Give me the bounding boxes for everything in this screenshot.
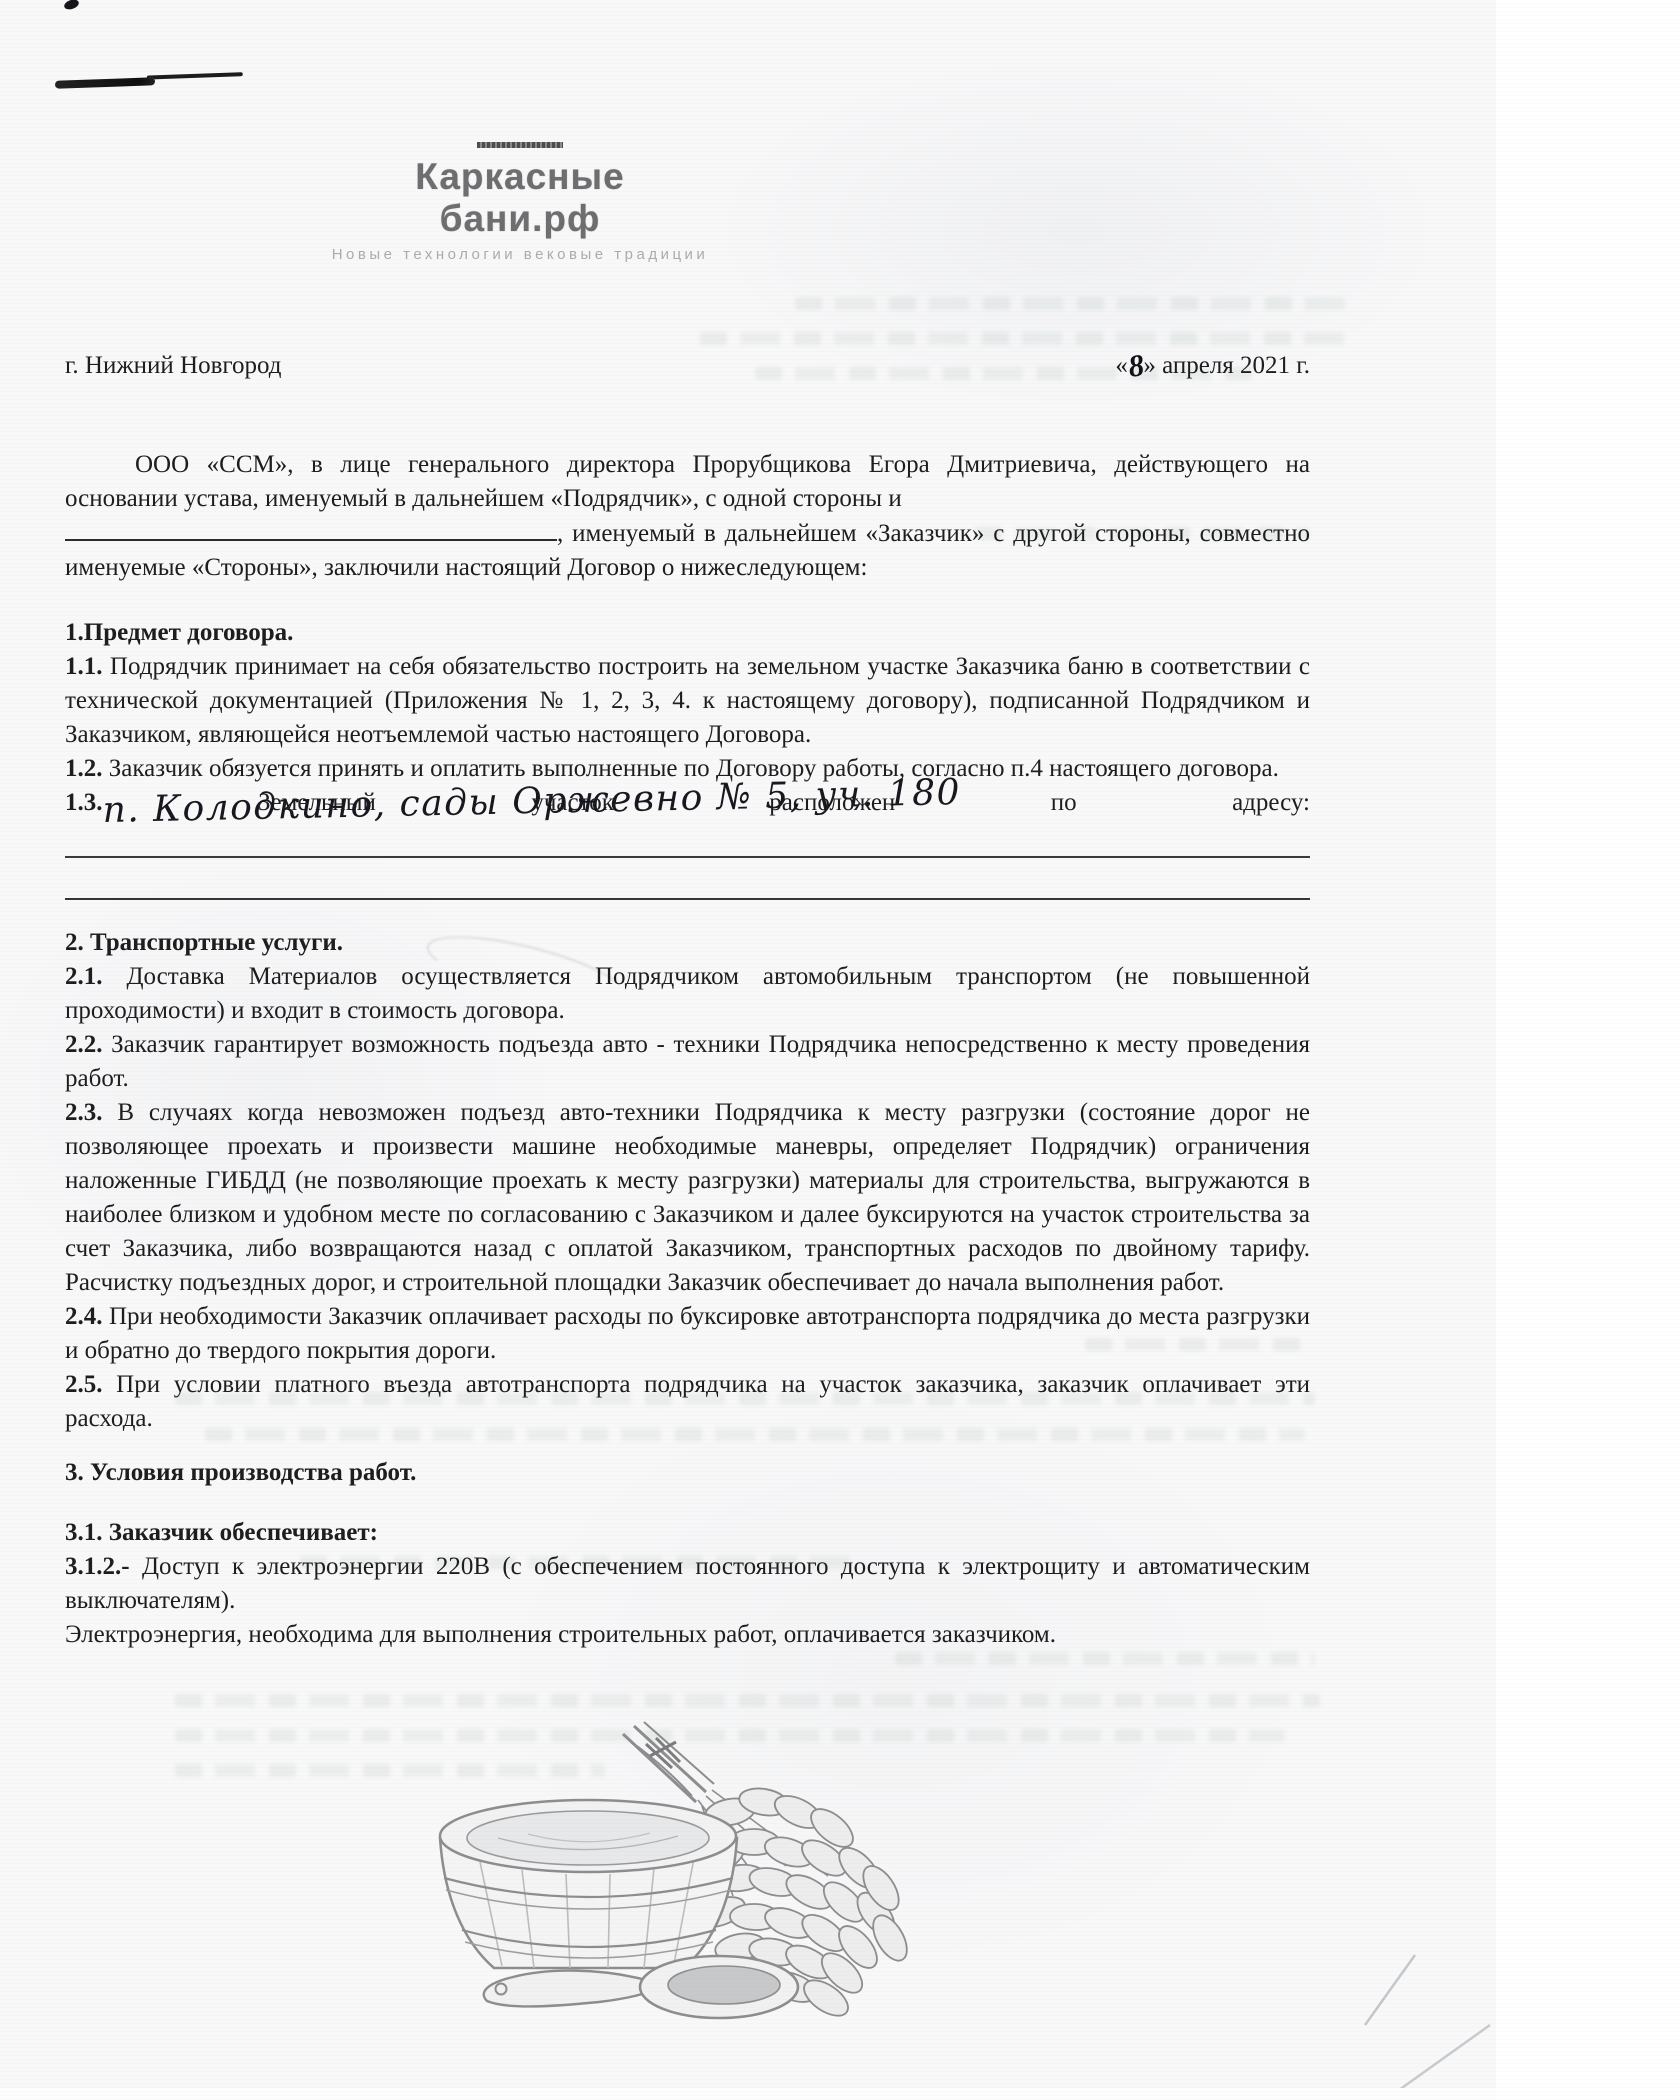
clause-2-3: 2.3. В случаях когда невозможен подъезд … xyxy=(65,1096,1310,1300)
clause-word: по xyxy=(1051,786,1077,820)
logo-dash-mark xyxy=(477,142,563,148)
clause-2-1: 2.1. Доставка Материалов осуществляется … xyxy=(65,960,1310,1028)
clause-number: 3.1. xyxy=(65,1519,103,1546)
clause-word: адресу: xyxy=(1232,786,1310,820)
bath-bucket-venik-ladle-illustration xyxy=(418,1716,923,2051)
clause-number: 1.2. xyxy=(65,755,103,782)
company-logo: Каркасные бани.рф Новые технологии веков… xyxy=(330,142,710,263)
clause-2-4: 2.4. При необходимости Заказчик оплачива… xyxy=(65,1300,1310,1368)
clause-text: В случаях когда невозможен подъезд авто-… xyxy=(65,1099,1310,1296)
clause-2-2: 2.2. Заказчик гарантирует возможность по… xyxy=(65,1028,1310,1096)
scanner-background-bottom xyxy=(0,2088,1496,2100)
address-underline-1: п. Колодкино, сады Оржевно № 5, уч. 180 xyxy=(65,820,1310,858)
intro-paragraph-2: , именуемый в дальнейшем «Заказчик» с др… xyxy=(65,516,1310,585)
scanned-contract-document: { "header": { "logo_title": "Каркасные б… xyxy=(0,0,1680,2100)
section-1-heading: 1.Предмет договора. xyxy=(65,616,1310,650)
bleed-through-artifact xyxy=(895,1652,1315,1665)
scanner-background-right xyxy=(1496,0,1680,2100)
clause-text: Заказчик гарантирует возможность подъезд… xyxy=(65,1031,1310,1092)
clause-text: Заказчик обеспечивает: xyxy=(103,1519,378,1546)
bleed-through-artifact xyxy=(175,1694,1320,1707)
clause-number: 2.2. xyxy=(65,1031,103,1058)
contract-date: «8» апреля 2021 г. xyxy=(1115,352,1310,380)
clause-text: При условии платного въезда автотранспор… xyxy=(65,1371,1310,1432)
bleed-through-artifact xyxy=(795,297,1350,310)
section-3-heading: 3. Условия производства работ. xyxy=(65,1456,1310,1490)
electricity-note: Электроэнергия, необходима для выполнени… xyxy=(65,1618,1310,1652)
clause-text: Доставка Материалов осуществляется Подря… xyxy=(65,963,1310,1024)
intro-paragraph-1: ООО «ССМ», в лице генерального директора… xyxy=(65,448,1310,516)
address-underline-2 xyxy=(65,858,1310,900)
city-label: г. Нижний Новгород xyxy=(65,352,282,380)
clause-text: При необходимости Заказчик оплачивает ра… xyxy=(65,1303,1310,1364)
blank-underline-customer-name xyxy=(65,516,557,541)
clause-text: Подрядчик принимает на себя обязательств… xyxy=(65,653,1310,748)
clause-number: 1.1. xyxy=(65,653,103,680)
pencil-check-marks xyxy=(1340,1940,1520,2100)
clause-number: 2.3. xyxy=(65,1099,103,1126)
paper-sheet: Каркасные бани.рф Новые технологии веков… xyxy=(0,0,1496,2100)
clause-2-5: 2.5. При условии платного въезда автотра… xyxy=(65,1368,1310,1436)
date-rest: » апреля 2021 г. xyxy=(1143,352,1310,379)
clause-3-1-2: 3.1.2.- Доступ к электроэнергии 220В (с … xyxy=(65,1550,1310,1618)
scan-dot-artifact xyxy=(63,0,80,11)
logo-subtitle: Новые технологии вековые традиции xyxy=(330,246,710,263)
logo-title: Каркасные бани.рф xyxy=(330,156,710,240)
city-date-row: г. Нижний Новгород «8» апреля 2021 г. xyxy=(65,352,1310,380)
handwritten-day: 8 xyxy=(1127,355,1145,377)
clause-3-1: 3.1. Заказчик обеспечивает: xyxy=(65,1516,1310,1550)
clause-number: 2.4. xyxy=(65,1303,103,1330)
clause-text: Доступ к электроэнергии 220В (с обеспече… xyxy=(65,1553,1310,1614)
clause-number: 1.3. xyxy=(65,786,103,820)
section-2-heading: 2. Транспортные услуги. xyxy=(65,926,1310,960)
scan-dash-artifact xyxy=(55,77,155,88)
clause-1-1: 1.1. Подрядчик принимает на себя обязате… xyxy=(65,650,1310,752)
clause-number: 2.5. xyxy=(65,1371,103,1398)
clause-number: 2.1. xyxy=(65,963,103,990)
clause-number: 3.1.2.- xyxy=(65,1553,130,1580)
contract-body: ООО «ССМ», в лице генерального директора… xyxy=(65,448,1310,1652)
bleed-through-artifact xyxy=(700,332,1345,345)
